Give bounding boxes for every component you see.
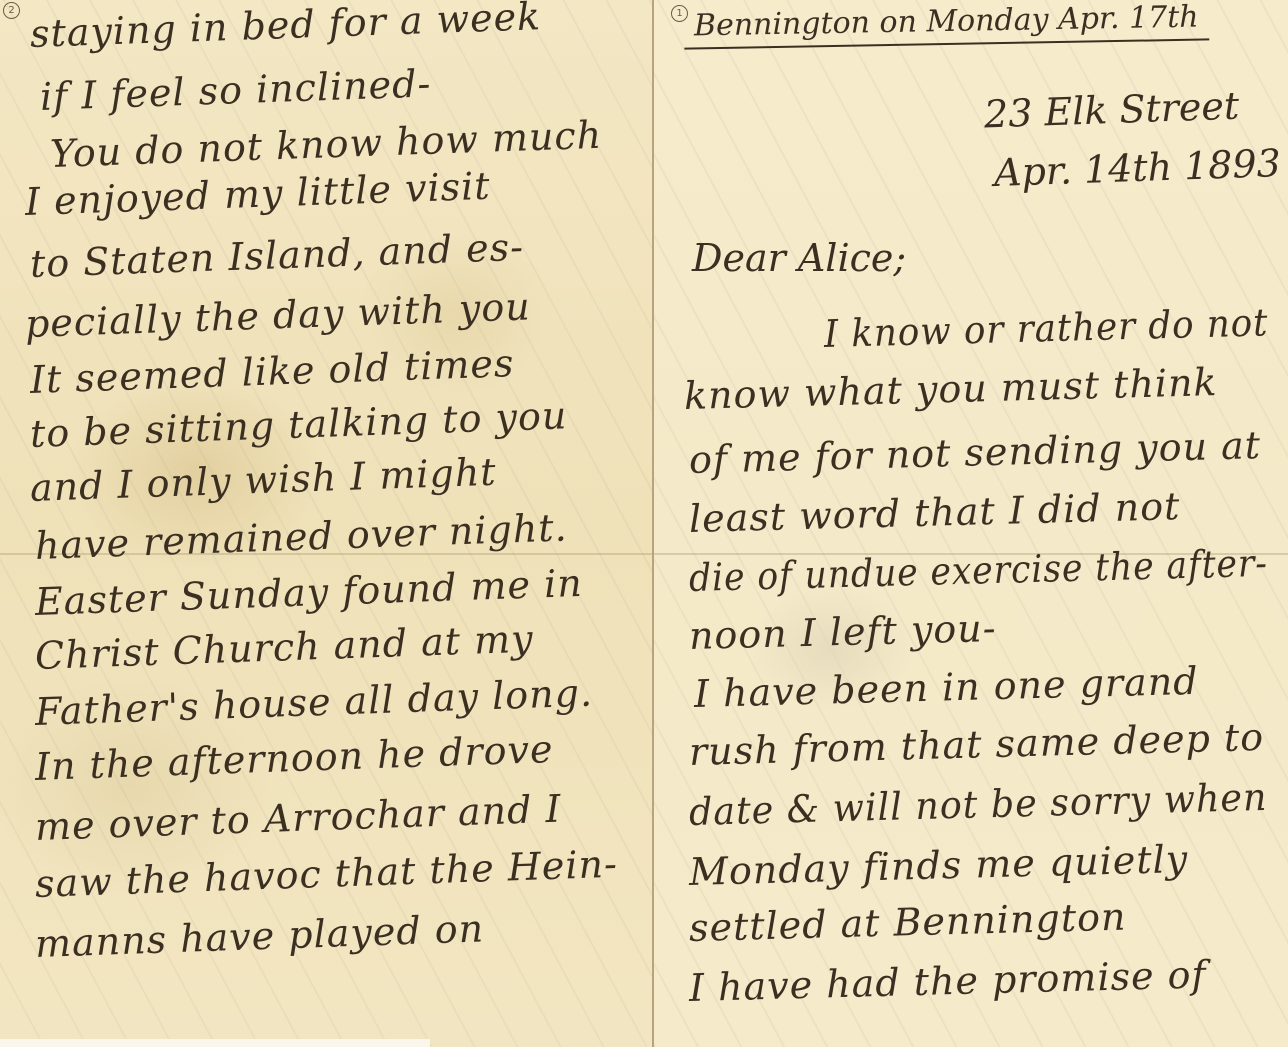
handwritten-line: It seemed like old times	[29, 341, 515, 402]
handwritten-line: pecially the day with you	[24, 284, 531, 346]
handwritten-line: staying in bed for a week	[29, 0, 542, 56]
handwritten-line: In the afternoon he drove	[34, 727, 554, 789]
handwritten-line: to be sitting talking to you	[29, 393, 568, 456]
handwritten-line: if I feel so inclined-	[39, 61, 432, 119]
handwritten-line: have remained over night.	[34, 505, 568, 568]
letter-spread: 2 staying in bed for a week if I feel so…	[0, 0, 1288, 1047]
handwritten-line: manns have played on	[34, 906, 484, 966]
handwritten-line: of me for not sending you at	[688, 423, 1261, 482]
letter-page-1: 1 Bennington on Monday Apr. 17th 23 Elk …	[654, 0, 1288, 1047]
letter-page-2: 2 staying in bed for a week if I feel so…	[0, 0, 654, 1047]
handwritten-line: least word that I did not	[688, 484, 1180, 541]
handwritten-line: Christ Church and at my	[34, 617, 534, 678]
handwritten-line: Monday finds me quietly	[688, 837, 1188, 894]
handwritten-line: settled at Bennington	[688, 895, 1127, 950]
handwritten-line: me over to Arrochar and I	[34, 787, 562, 849]
handwritten-line: noon I left you-	[688, 606, 997, 658]
page-number-marker: 2	[3, 2, 20, 19]
handwritten-line: Father's house all day long.	[34, 671, 593, 734]
handwritten-line: I know or rather do not	[823, 300, 1269, 356]
scan-edge	[0, 1039, 430, 1047]
handwritten-line: I have had the promise of	[688, 952, 1207, 1010]
handwritten-line: to Staten Island, and es-	[29, 225, 524, 286]
salutation: Dear Alice;	[692, 236, 906, 280]
handwritten-line: Easter Sunday found me in	[34, 561, 583, 624]
handwritten-line: know what you must think	[683, 360, 1218, 418]
handwritten-line: I have been in one grand	[693, 659, 1199, 716]
handwritten-line: You do not know how much	[49, 113, 603, 176]
handwritten-line: die of undue exercise the after-	[688, 541, 1268, 600]
handwritten-line: and I only wish I might	[29, 450, 497, 510]
handwritten-line: date & will not be sorry when	[688, 775, 1267, 834]
letter-date: Apr. 14th 1893	[993, 141, 1281, 195]
sender-address: 23 Elk Street	[983, 84, 1240, 137]
handwritten-line: saw the havoc that the Hein-	[34, 842, 618, 906]
handwritten-line: rush from that same deep to	[688, 715, 1264, 774]
header-note: Bennington on Monday Apr. 17th	[684, 0, 1209, 50]
